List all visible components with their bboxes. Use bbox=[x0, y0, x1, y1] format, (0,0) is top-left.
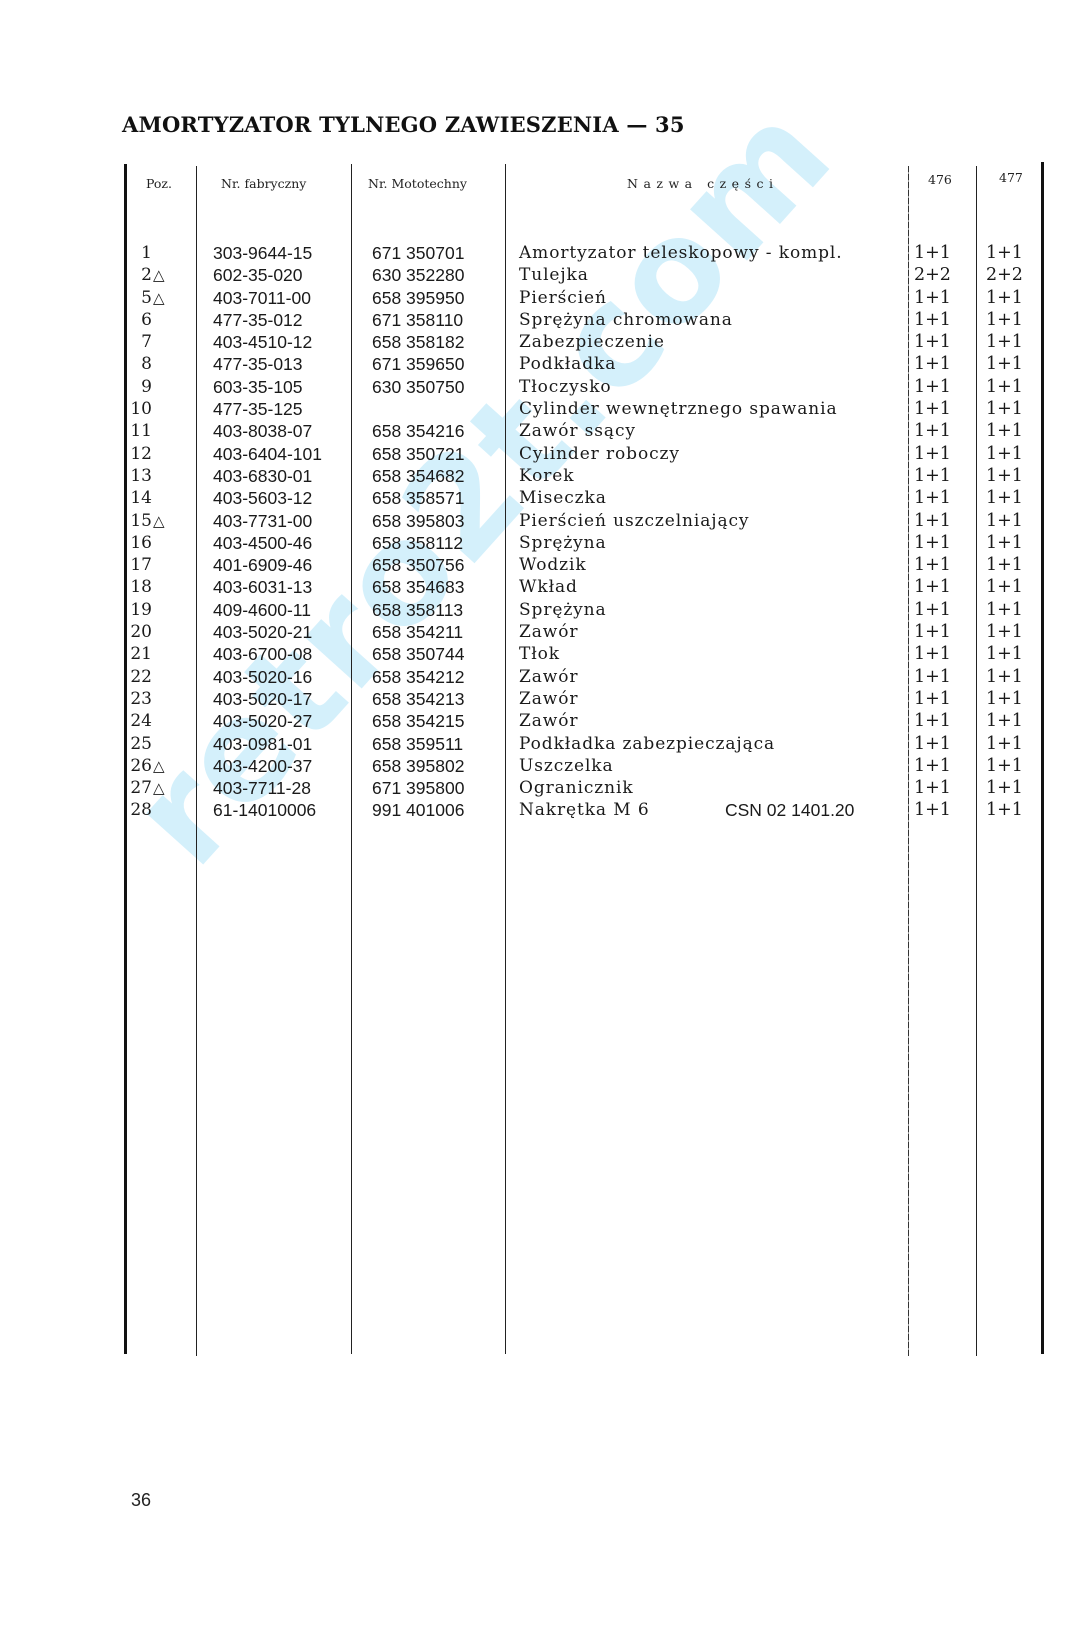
cell-nazwa: Cylinder roboczy bbox=[519, 443, 680, 465]
parts-table-body: 1303-9644-15671 350701Amortyzator telesk… bbox=[0, 242, 1080, 822]
cell-qty-476: 1+1 bbox=[914, 309, 951, 331]
position-number: 20 bbox=[130, 621, 152, 643]
cell-nazwa: Korek bbox=[519, 465, 574, 487]
cell-nr-fabryczny: 602-35-020 bbox=[213, 264, 303, 286]
table-row: 10477-35-125Cylinder wewnętrznego spawan… bbox=[0, 398, 1080, 420]
cell-qty-477: 1+1 bbox=[986, 532, 1023, 554]
cell-nazwa: Zawór ssący bbox=[519, 420, 636, 442]
cell-nr-fabryczny: 403-6404-101 bbox=[213, 443, 322, 465]
cell-qty-476: 1+1 bbox=[914, 599, 951, 621]
triangle-marker-icon: △ bbox=[153, 779, 165, 797]
cell-nazwa: Zawór bbox=[519, 621, 578, 643]
cell-nazwa: Pierścień uszczelniający bbox=[519, 510, 749, 532]
position-number: 12 bbox=[130, 443, 152, 465]
cell-qty-476: 1+1 bbox=[914, 755, 951, 777]
cell-poz: 24 bbox=[130, 710, 186, 732]
position-number: 23 bbox=[130, 688, 152, 710]
cell-qty-476: 1+1 bbox=[914, 576, 951, 598]
cell-nr-mototechny: 671 358110 bbox=[372, 309, 463, 331]
cell-nazwa: Sprężyna bbox=[519, 599, 607, 621]
position-number: 14 bbox=[130, 487, 152, 509]
position-number: 1 bbox=[130, 242, 152, 264]
cell-nr-fabryczny: 403-4510-12 bbox=[213, 331, 312, 353]
cell-poz: 6 bbox=[130, 309, 186, 331]
header-nazwa-czesci: Nazwa części bbox=[627, 176, 779, 191]
table-row: 23403-5020-17658 354213Zawór1+11+1 bbox=[0, 688, 1080, 710]
cell-poz: 22 bbox=[130, 666, 186, 688]
header-model-477: 477 bbox=[999, 170, 1023, 185]
cell-nr-fabryczny: 477-35-013 bbox=[213, 353, 303, 375]
cell-qty-477: 1+1 bbox=[986, 710, 1023, 732]
table-row: 22403-5020-16658 354212Zawór1+11+1 bbox=[0, 666, 1080, 688]
cell-qty-476: 1+1 bbox=[914, 666, 951, 688]
position-number: 26 bbox=[130, 755, 152, 777]
cell-nr-fabryczny: 403-5603-12 bbox=[213, 487, 312, 509]
cell-nr-fabryczny: 401-6909-46 bbox=[213, 554, 312, 576]
cell-nr-fabryczny: 403-7711-28 bbox=[213, 777, 311, 799]
cell-qty-476: 1+1 bbox=[914, 353, 951, 375]
cell-qty-476: 1+1 bbox=[914, 799, 951, 821]
cell-qty-476: 1+1 bbox=[914, 331, 951, 353]
cell-qty-476: 2+2 bbox=[914, 264, 951, 286]
cell-nr-fabryczny: 403-5020-21 bbox=[213, 621, 312, 643]
header-model-476: 476 bbox=[928, 172, 952, 187]
cell-nr-fabryczny: 303-9644-15 bbox=[213, 242, 312, 264]
table-row: 25403-0981-01658 359511Podkładka zabezpi… bbox=[0, 733, 1080, 755]
triangle-marker-icon: △ bbox=[153, 289, 165, 307]
cell-nr-mototechny: 671 350701 bbox=[372, 242, 464, 264]
table-row: 5△403-7011-00658 395950Pierścień1+11+1 bbox=[0, 287, 1080, 309]
cell-qty-477: 1+1 bbox=[986, 799, 1023, 821]
position-number: 16 bbox=[130, 532, 152, 554]
cell-qty-477: 1+1 bbox=[986, 666, 1023, 688]
table-row: 26△403-4200-37658 395802Uszczelka1+11+1 bbox=[0, 755, 1080, 777]
cell-poz: 19 bbox=[130, 599, 186, 621]
cell-qty-476: 1+1 bbox=[914, 777, 951, 799]
page-number: 36 bbox=[131, 1490, 151, 1511]
cell-poz: 15△ bbox=[130, 510, 186, 532]
cell-nr-mototechny: 630 352280 bbox=[372, 264, 464, 286]
cell-qty-477: 1+1 bbox=[986, 398, 1023, 420]
cell-nr-fabryczny: 403-7731-00 bbox=[213, 510, 312, 532]
cell-qty-477: 1+1 bbox=[986, 777, 1023, 799]
table-row: 9603-35-105630 350750Tłoczysko1+11+1 bbox=[0, 376, 1080, 398]
table-row: 1303-9644-15671 350701Amortyzator telesk… bbox=[0, 242, 1080, 264]
cell-nazwa: Zawór bbox=[519, 710, 578, 732]
table-row: 11403-8038-07658 354216Zawór ssący1+11+1 bbox=[0, 420, 1080, 442]
cell-nr-mototechny: 658 395950 bbox=[372, 287, 464, 309]
position-number: 6 bbox=[130, 309, 152, 331]
cell-qty-477: 1+1 bbox=[986, 443, 1023, 465]
cell-nr-fabryczny: 477-35-125 bbox=[213, 398, 303, 420]
cell-norma: CSN 02 1401.20 bbox=[725, 799, 854, 821]
cell-nr-fabryczny: 403-6700-08 bbox=[213, 643, 312, 665]
cell-nr-fabryczny: 403-5020-17 bbox=[213, 688, 312, 710]
cell-qty-477: 2+2 bbox=[986, 264, 1023, 286]
table-row: 12403-6404-101658 350721Cylinder roboczy… bbox=[0, 443, 1080, 465]
table-row: 8477-35-013671 359650Podkładka1+11+1 bbox=[0, 353, 1080, 375]
cell-qty-477: 1+1 bbox=[986, 331, 1023, 353]
cell-nazwa: Amortyzator teleskopowy - kompl. bbox=[519, 242, 843, 264]
cell-poz: 17 bbox=[130, 554, 186, 576]
table-row: 14403-5603-12658 358571Miseczka1+11+1 bbox=[0, 487, 1080, 509]
cell-nr-fabryczny: 403-6031-13 bbox=[213, 576, 312, 598]
cell-nazwa: Tulejka bbox=[519, 264, 589, 286]
table-row: 17401-6909-46658 350756Wodzik1+11+1 bbox=[0, 554, 1080, 576]
position-number: 19 bbox=[130, 599, 152, 621]
position-number: 18 bbox=[130, 576, 152, 598]
cell-qty-477: 1+1 bbox=[986, 755, 1023, 777]
cell-poz: 11 bbox=[130, 420, 186, 442]
cell-nr-mototechny: 658 350756 bbox=[372, 554, 464, 576]
cell-nr-mototechny: 671 359650 bbox=[372, 353, 464, 375]
cell-qty-476: 1+1 bbox=[914, 621, 951, 643]
position-number: 24 bbox=[130, 710, 152, 732]
table-row: 20403-5020-21658 354211Zawór1+11+1 bbox=[0, 621, 1080, 643]
table-row: 21403-6700-08658 350744Tłok1+11+1 bbox=[0, 643, 1080, 665]
cell-nr-fabryczny: 603-35-105 bbox=[213, 376, 303, 398]
cell-nr-mototechny: 658 395803 bbox=[372, 510, 464, 532]
cell-nr-mototechny: 658 358182 bbox=[372, 331, 464, 353]
cell-qty-477: 1+1 bbox=[986, 621, 1023, 643]
cell-qty-476: 1+1 bbox=[914, 688, 951, 710]
cell-qty-477: 1+1 bbox=[986, 420, 1023, 442]
table-row: 6477-35-012671 358110Sprężyna chromowana… bbox=[0, 309, 1080, 331]
position-number: 27 bbox=[130, 777, 152, 799]
position-number: 25 bbox=[130, 733, 152, 755]
position-number: 22 bbox=[130, 666, 152, 688]
cell-nr-mototechny: 658 395802 bbox=[372, 755, 464, 777]
cell-nazwa: Tłoczysko bbox=[519, 376, 612, 398]
cell-nazwa: Sprężyna bbox=[519, 532, 607, 554]
cell-nr-mototechny: 658 358112 bbox=[372, 532, 463, 554]
cell-nr-mototechny: 671 395800 bbox=[372, 777, 464, 799]
cell-nr-fabryczny: 403-4500-46 bbox=[213, 532, 312, 554]
position-number: 7 bbox=[130, 331, 152, 353]
cell-nr-fabryczny: 403-5020-27 bbox=[213, 710, 312, 732]
cell-poz: 20 bbox=[130, 621, 186, 643]
cell-poz: 12 bbox=[130, 443, 186, 465]
cell-poz: 2△ bbox=[130, 264, 186, 286]
cell-nr-fabryczny: 403-7011-00 bbox=[213, 287, 311, 309]
cell-nazwa: Zawór bbox=[519, 688, 578, 710]
cell-nazwa: Wodzik bbox=[519, 554, 587, 576]
cell-poz: 28 bbox=[130, 799, 186, 821]
cell-nazwa: Zawór bbox=[519, 666, 578, 688]
cell-nr-fabryczny: 477-35-012 bbox=[213, 309, 303, 331]
cell-nazwa: Zabezpieczenie bbox=[519, 331, 665, 353]
cell-poz: 26△ bbox=[130, 755, 186, 777]
cell-nr-fabryczny: 403-0981-01 bbox=[213, 733, 312, 755]
cell-poz: 18 bbox=[130, 576, 186, 598]
cell-nazwa: Sprężyna chromowana bbox=[519, 309, 733, 331]
cell-qty-477: 1+1 bbox=[986, 576, 1023, 598]
header-nr-mototechny: Nr. Mototechny bbox=[368, 176, 467, 191]
position-number: 9 bbox=[130, 376, 152, 398]
cell-poz: 9 bbox=[130, 376, 186, 398]
cell-qty-476: 1+1 bbox=[914, 287, 951, 309]
cell-qty-477: 1+1 bbox=[986, 465, 1023, 487]
cell-qty-477: 1+1 bbox=[986, 733, 1023, 755]
cell-nr-fabryczny: 403-4200-37 bbox=[213, 755, 312, 777]
position-number: 10 bbox=[130, 398, 152, 420]
cell-poz: 1 bbox=[130, 242, 186, 264]
position-number: 21 bbox=[130, 643, 152, 665]
cell-poz: 7 bbox=[130, 331, 186, 353]
table-row: 18403-6031-13658 354683Wkład1+11+1 bbox=[0, 576, 1080, 598]
cell-poz: 23 bbox=[130, 688, 186, 710]
position-number: 11 bbox=[130, 420, 152, 442]
position-number: 28 bbox=[130, 799, 152, 821]
table-row: 15△403-7731-00658 395803Pierścień uszcze… bbox=[0, 510, 1080, 532]
cell-nr-mototechny: 658 354216 bbox=[372, 420, 464, 442]
cell-nr-mototechny: 658 354683 bbox=[372, 576, 464, 598]
cell-poz: 5△ bbox=[130, 287, 186, 309]
cell-nr-mototechny: 991 401006 bbox=[372, 799, 464, 821]
cell-qty-476: 1+1 bbox=[914, 710, 951, 732]
cell-qty-477: 1+1 bbox=[986, 309, 1023, 331]
cell-qty-477: 1+1 bbox=[986, 287, 1023, 309]
cell-nr-mototechny: 658 350721 bbox=[372, 443, 464, 465]
cell-nazwa: Cylinder wewnętrznego spawania bbox=[519, 398, 837, 420]
triangle-marker-icon: △ bbox=[153, 266, 165, 284]
cell-qty-476: 1+1 bbox=[914, 242, 951, 264]
cell-qty-477: 1+1 bbox=[986, 242, 1023, 264]
table-row: 27△403-7711-28671 395800Ogranicznik1+11+… bbox=[0, 777, 1080, 799]
cell-nr-fabryczny: 61-14010006 bbox=[213, 799, 316, 821]
table-row: 13403-6830-01658 354682Korek1+11+1 bbox=[0, 465, 1080, 487]
cell-qty-476: 1+1 bbox=[914, 554, 951, 576]
cell-nazwa: Pierścień bbox=[519, 287, 607, 309]
cell-qty-477: 1+1 bbox=[986, 643, 1023, 665]
cell-qty-477: 1+1 bbox=[986, 688, 1023, 710]
position-number: 13 bbox=[130, 465, 152, 487]
cell-qty-476: 1+1 bbox=[914, 443, 951, 465]
cell-poz: 8 bbox=[130, 353, 186, 375]
cell-qty-477: 1+1 bbox=[986, 510, 1023, 532]
cell-qty-477: 1+1 bbox=[986, 487, 1023, 509]
cell-nr-mototechny: 658 354213 bbox=[372, 688, 464, 710]
cell-nr-mototechny: 658 354212 bbox=[372, 666, 464, 688]
table-row: 16403-4500-46658 358112Sprężyna1+11+1 bbox=[0, 532, 1080, 554]
page-title: AMORTYZATOR TYLNEGO ZAWIESZENIA — 35 bbox=[122, 112, 685, 137]
cell-nazwa: Podkładka bbox=[519, 353, 616, 375]
cell-nazwa: Podkładka zabezpieczająca bbox=[519, 733, 775, 755]
header-nr-fabryczny: Nr. fabryczny bbox=[221, 176, 306, 191]
cell-nr-fabryczny: 403-6830-01 bbox=[213, 465, 312, 487]
position-number: 15 bbox=[130, 510, 152, 532]
table-row: 2861-14010006991 401006Nakrętka M 6CSN 0… bbox=[0, 799, 1080, 821]
cell-nr-mototechny: 658 350744 bbox=[372, 643, 464, 665]
cell-nr-mototechny: 658 354215 bbox=[372, 710, 464, 732]
header-poz: Poz. bbox=[146, 176, 172, 191]
position-number: 8 bbox=[130, 353, 152, 375]
triangle-marker-icon: △ bbox=[153, 757, 165, 775]
cell-poz: 13 bbox=[130, 465, 186, 487]
cell-nazwa: Uszczelka bbox=[519, 755, 614, 777]
cell-qty-476: 1+1 bbox=[914, 487, 951, 509]
cell-nr-mototechny: 658 358113 bbox=[372, 599, 463, 621]
cell-nazwa: Ogranicznik bbox=[519, 777, 634, 799]
cell-nr-mototechny: 658 358571 bbox=[372, 487, 464, 509]
table-row: 19409-4600-11658 358113Sprężyna1+11+1 bbox=[0, 599, 1080, 621]
cell-qty-476: 1+1 bbox=[914, 465, 951, 487]
cell-nr-fabryczny: 403-8038-07 bbox=[213, 420, 312, 442]
cell-qty-476: 1+1 bbox=[914, 376, 951, 398]
cell-qty-476: 1+1 bbox=[914, 643, 951, 665]
cell-poz: 16 bbox=[130, 532, 186, 554]
table-row: 24403-5020-27658 354215Zawór1+11+1 bbox=[0, 710, 1080, 732]
table-row: 2△602-35-020630 352280Tulejka2+22+2 bbox=[0, 264, 1080, 286]
cell-poz: 14 bbox=[130, 487, 186, 509]
cell-nazwa: Miseczka bbox=[519, 487, 607, 509]
cell-poz: 10 bbox=[130, 398, 186, 420]
cell-nazwa: Nakrętka M 6 bbox=[519, 799, 650, 821]
position-number: 5 bbox=[130, 287, 152, 309]
cell-nr-mototechny: 658 354211 bbox=[372, 621, 463, 643]
cell-qty-476: 1+1 bbox=[914, 733, 951, 755]
cell-poz: 21 bbox=[130, 643, 186, 665]
cell-qty-477: 1+1 bbox=[986, 554, 1023, 576]
cell-qty-476: 1+1 bbox=[914, 420, 951, 442]
cell-nr-fabryczny: 403-5020-16 bbox=[213, 666, 312, 688]
cell-nr-mototechny: 630 350750 bbox=[372, 376, 464, 398]
cell-nazwa: Tłok bbox=[519, 643, 560, 665]
cell-nr-mototechny: 658 354682 bbox=[372, 465, 464, 487]
cell-poz: 25 bbox=[130, 733, 186, 755]
triangle-marker-icon: △ bbox=[153, 512, 165, 530]
cell-nr-mototechny: 658 359511 bbox=[372, 733, 463, 755]
cell-qty-476: 1+1 bbox=[914, 510, 951, 532]
cell-qty-477: 1+1 bbox=[986, 599, 1023, 621]
cell-qty-477: 1+1 bbox=[986, 353, 1023, 375]
cell-qty-476: 1+1 bbox=[914, 398, 951, 420]
position-number: 2 bbox=[130, 264, 152, 286]
cell-poz: 27△ bbox=[130, 777, 186, 799]
cell-nazwa: Wkład bbox=[519, 576, 578, 598]
table-row: 7403-4510-12658 358182Zabezpieczenie1+11… bbox=[0, 331, 1080, 353]
position-number: 17 bbox=[130, 554, 152, 576]
cell-qty-477: 1+1 bbox=[986, 376, 1023, 398]
cell-nr-fabryczny: 409-4600-11 bbox=[213, 599, 311, 621]
cell-qty-476: 1+1 bbox=[914, 532, 951, 554]
